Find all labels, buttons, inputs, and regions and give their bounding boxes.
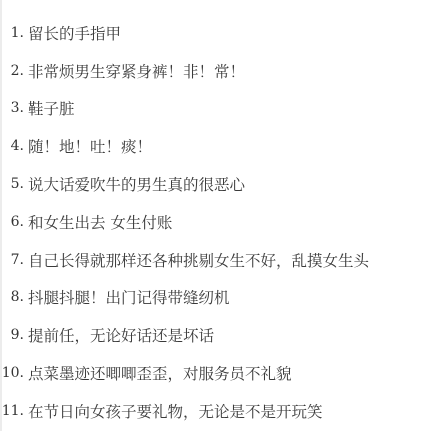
list-item: 1. 留长的手指甲 [0, 14, 439, 52]
item-text: 留长的手指甲 [28, 22, 121, 44]
item-text: 鞋子脏 [28, 97, 75, 119]
item-text: 随！地！吐！痰！ [28, 135, 152, 157]
item-text: 抖腿抖腿！出门记得带缝纫机 [28, 286, 230, 308]
item-text: 在节日向女孩子要礼物，无论是不是开玩笑 [28, 400, 323, 422]
item-text: 说大话爱吹牛的男生真的很恶心 [28, 173, 245, 195]
item-text: 自己长得就那样还各种挑剔女生不好，乱摸女生头 [28, 249, 369, 271]
item-number: 3. [0, 100, 28, 116]
list-item: 3. 鞋子脏 [0, 90, 439, 128]
item-text: 点菜墨迹还唧唧歪歪，对服务员不礼貌 [28, 362, 292, 384]
list-item: 4. 随！地！吐！痰！ [0, 127, 439, 165]
list-item: 8. 抖腿抖腿！出门记得带缝纫机 [0, 279, 439, 317]
numbered-list: 1. 留长的手指甲 2. 非常烦男生穿紧身裤！非！常！ 3. 鞋子脏 4. 随！… [0, 14, 439, 430]
list-item: 11. 在节日向女孩子要礼物，无论是不是开玩笑 [0, 392, 439, 430]
list-item: 10. 点菜墨迹还唧唧歪歪，对服务员不礼貌 [0, 354, 439, 392]
item-number: 1. [0, 25, 28, 41]
item-number: 4. [0, 138, 28, 154]
item-number: 5. [0, 176, 28, 192]
list-item: 2. 非常烦男生穿紧身裤！非！常！ [0, 52, 439, 90]
item-number: 8. [0, 289, 28, 305]
item-number: 11. [0, 403, 28, 419]
item-number: 10. [0, 365, 28, 381]
item-number: 7. [0, 252, 28, 268]
item-number: 6. [0, 214, 28, 230]
item-text: 非常烦男生穿紧身裤！非！常！ [28, 60, 245, 82]
list-item: 6. 和女生出去 女生付账 [0, 203, 439, 241]
list-item: 9. 提前任，无论好话还是坏话 [0, 316, 439, 354]
item-number: 9. [0, 327, 28, 343]
list-item: 5. 说大话爱吹牛的男生真的很恶心 [0, 165, 439, 203]
item-text: 和女生出去 女生付账 [28, 211, 172, 233]
list-item: 7. 自己长得就那样还各种挑剔女生不好，乱摸女生头 [0, 241, 439, 279]
item-text: 提前任，无论好话还是坏话 [28, 324, 214, 346]
item-number: 2. [0, 63, 28, 79]
